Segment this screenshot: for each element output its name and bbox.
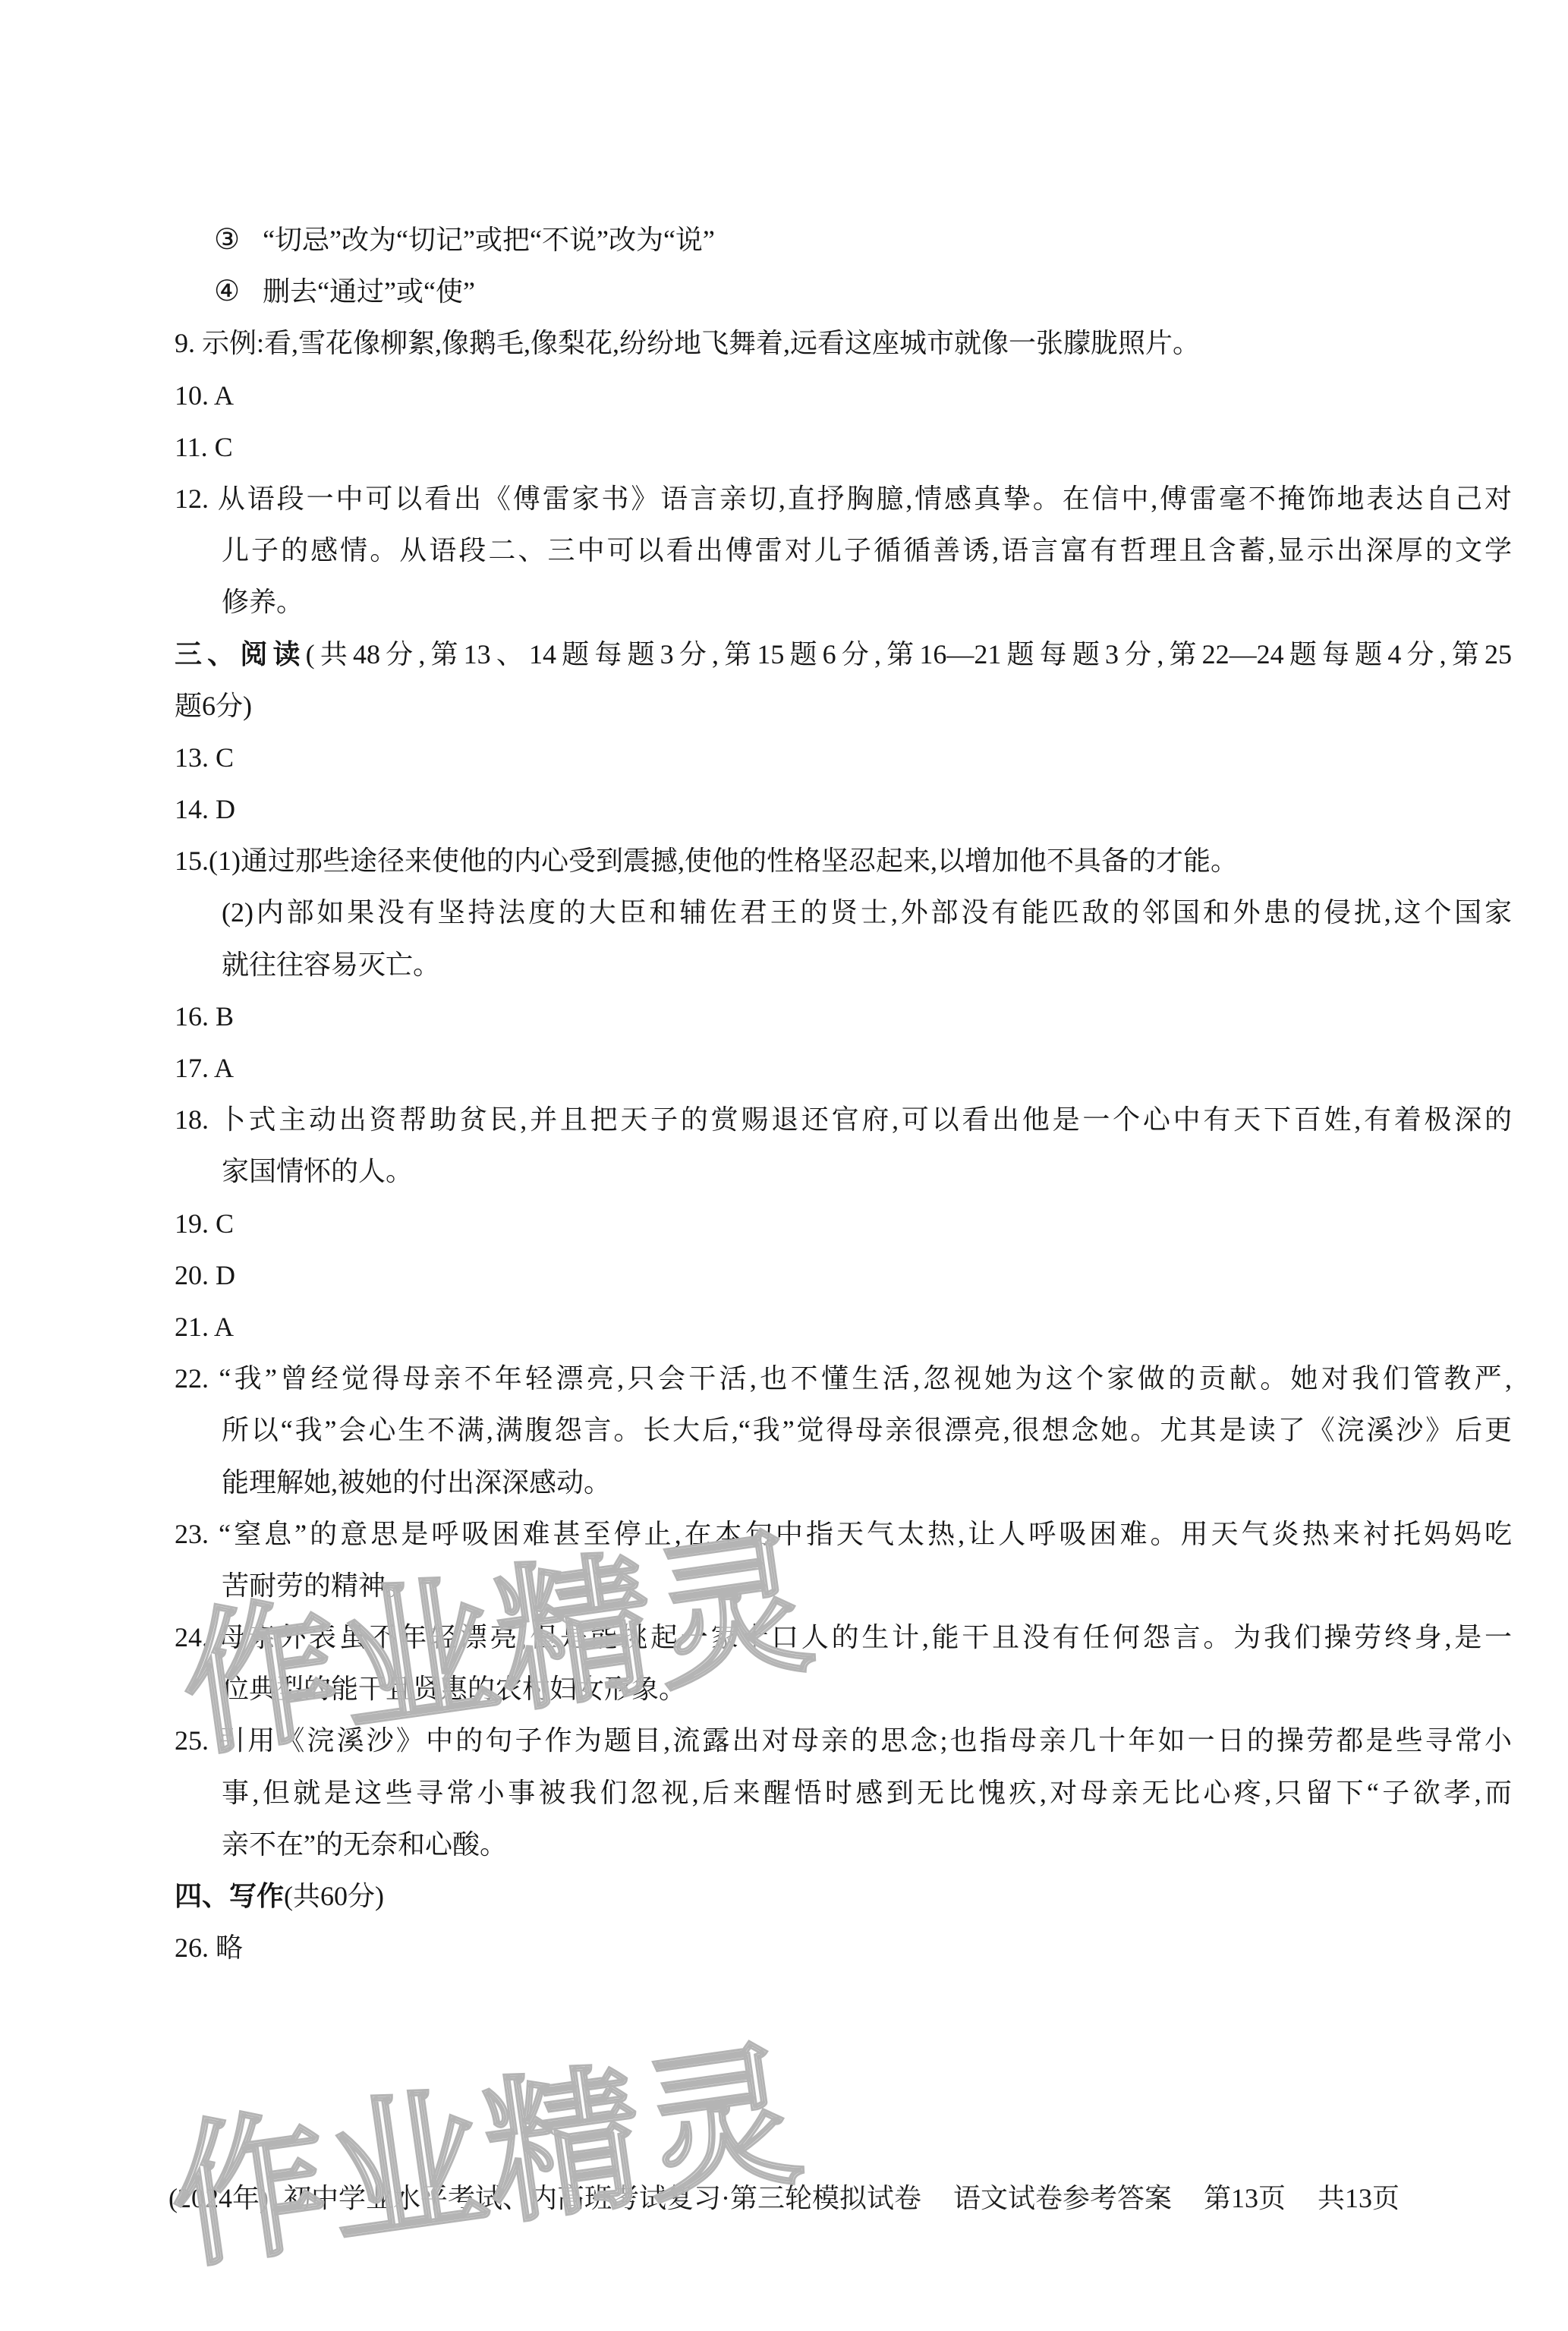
answer-line-15-2: (2)内部如果没有坚持法度的大臣和辅佐君王的贤士,外部没有能匹敌的邻国和外患的侵… xyxy=(175,887,1512,938)
line-text: (2)内部如果没有坚持法度的大臣和辅佐君王的贤士,外部没有能匹敌的邻国和外患的侵… xyxy=(222,897,1512,928)
line-text: 修养。 xyxy=(222,587,304,617)
answer-line-22-1: 22. “我”曾经觉得母亲不年轻漂亮,只会干活,也不懂生活,忽视她为这个家做的贡… xyxy=(175,1353,1512,1404)
answer-line-24-2: 位典型的能干且贤惠的农村妇女形象。 xyxy=(175,1663,1512,1715)
line-text: 19. C xyxy=(175,1208,234,1239)
line-text: 18. 卜式主动出资帮助贫民,并且把天子的赏赐退还官府,可以看出他是一个心中有天… xyxy=(175,1104,1512,1135)
line-text: “切忌”改为“切记”或把“不说”改为“说” xyxy=(263,225,715,255)
answer-line-10: 10. A xyxy=(175,370,1512,421)
line-text: 26. 略 xyxy=(175,1933,243,1963)
answer-line-22-2: 所以“我”会心生不满,满腹怨言。长大后,“我”觉得母亲很漂亮,很想念她。尤其是读… xyxy=(175,1404,1512,1456)
answer-line-18-1: 18. 卜式主动出资帮助贫民,并且把天子的赏赐退还官府,可以看出他是一个心中有天… xyxy=(175,1094,1512,1145)
line-text: (共48分,第13、14题每题3分,第15题6分,第16—21题每题3分,第22… xyxy=(306,639,1512,669)
page-footer: (2024年)初中学业水平考试、内高班考试复习·第三轮模拟试卷语文试卷参考答案第… xyxy=(0,2177,1568,2216)
section-reading-header-2: 题6分) xyxy=(175,680,1512,732)
line-text: 23. “窒息”的意思是呼吸困难甚至停止,在本句中指天气太热,让人呼吸困难。用天… xyxy=(175,1519,1512,1549)
line-text: 亲不在”的无奈和心酸。 xyxy=(222,1829,507,1860)
footer-page-total: 共13页 xyxy=(1318,2183,1400,2213)
answers-content: ③“切忌”改为“切记”或把“不说”改为“说” ④删去“通过”或“使” 9. 示例… xyxy=(175,214,1512,1973)
line-text: 苦耐劳的精神。 xyxy=(222,1570,413,1601)
answer-line-12-2: 儿子的感情。从语段二、三中可以看出傅雷对儿子循循善诱,语言富有哲理且含蓄,显示出… xyxy=(175,524,1512,576)
answer-line-15-3: 就往往容易灭亡。 xyxy=(175,939,1512,991)
line-text: 12. 从语段一中可以看出《傅雷家书》语言亲切,直抒胸臆,情感真挚。在信中,傅雷… xyxy=(175,484,1512,514)
line-text: 14. D xyxy=(175,794,235,824)
answer-line-11: 11. C xyxy=(175,421,1512,473)
line-text: 删去“通过”或“使” xyxy=(263,276,475,307)
section-writing-header: 四、写作(共60分) xyxy=(175,1870,1512,1922)
watermark-text: 作业精灵 xyxy=(155,1989,814,2298)
answer-line-15-1: 15.(1)通过那些途径来使他的内心受到震撼,使他的性格坚忍起来,以增加他不具备… xyxy=(175,835,1512,887)
circled-marker: ③ xyxy=(214,224,240,256)
answer-line-8-3: ③“切忌”改为“切记”或把“不说”改为“说” xyxy=(175,214,1512,266)
section-title: 四、写作 xyxy=(175,1880,284,1911)
footer-page-number: 第13页 xyxy=(1204,2183,1286,2213)
footer-subtitle: 语文试卷参考答案 xyxy=(953,2183,1172,2213)
answer-sheet-page: 作业精灵 作业精灵 ③“切忌”改为“切记”或把“不说”改为“说” ④删去“通过”… xyxy=(0,0,1568,2331)
answer-line-20: 20. D xyxy=(175,1249,1512,1301)
section-title: 三、阅读 xyxy=(175,638,306,669)
answer-line-18-2: 家国情怀的人。 xyxy=(175,1145,1512,1197)
line-text: 22. “我”曾经觉得母亲不年轻漂亮,只会干活,也不懂生活,忽视她为这个家做的贡… xyxy=(175,1363,1512,1394)
answer-line-14: 14. D xyxy=(175,783,1512,835)
footer-title: 初中学业水平考试、内高班考试复习·第三轮模拟试卷 xyxy=(284,2183,921,2213)
line-text: 能理解她,被她的付出深深感动。 xyxy=(222,1467,611,1498)
line-text: 9. 示例:看,雪花像柳絮,像鹅毛,像梨花,纷纷地飞舞着,远看这座城市就像一张朦… xyxy=(175,328,1200,358)
line-text: 13. C xyxy=(175,742,234,773)
answer-line-21: 21. A xyxy=(175,1301,1512,1353)
line-text: 11. C xyxy=(175,432,233,462)
line-text: 25. 引用《浣溪沙》中的句子作为题目,流露出对母亲的思念;也指母亲几十年如一日… xyxy=(175,1725,1512,1756)
answer-line-12-3: 修养。 xyxy=(175,576,1512,628)
line-text: 21. A xyxy=(175,1312,234,1342)
answer-line-13: 13. C xyxy=(175,732,1512,783)
line-text: 位典型的能干且贤惠的农村妇女形象。 xyxy=(222,1674,686,1704)
line-text: 17. A xyxy=(175,1053,234,1083)
answer-line-25-2: 事,但就是这些寻常小事被我们忽视,后来醒悟时感到无比愧疚,对母亲无比心疼,只留下… xyxy=(175,1767,1512,1819)
line-text: 16. B xyxy=(175,1001,234,1032)
answer-line-26: 26. 略 xyxy=(175,1922,1512,1973)
answer-line-8-4: ④删去“通过”或“使” xyxy=(175,266,1512,317)
line-text: 题6分) xyxy=(175,691,252,721)
answer-line-24-1: 24. 母亲外表虽不年轻漂亮,但是能挑起一家十口人的生计,能干且没有任何怨言。为… xyxy=(175,1611,1512,1663)
answer-line-23-2: 苦耐劳的精神。 xyxy=(175,1560,1512,1611)
line-text: 就往往容易灭亡。 xyxy=(222,950,440,980)
answer-line-9: 9. 示例:看,雪花像柳絮,像鹅毛,像梨花,纷纷地飞舞着,远看这座城市就像一张朦… xyxy=(175,317,1512,369)
answer-line-25-1: 25. 引用《浣溪沙》中的句子作为题目,流露出对母亲的思念;也指母亲几十年如一日… xyxy=(175,1715,1512,1766)
line-text: 儿子的感情。从语段二、三中可以看出傅雷对儿子循循善诱,语言富有哲理且含蓄,显示出… xyxy=(222,535,1512,565)
answer-line-12-1: 12. 从语段一中可以看出《傅雷家书》语言亲切,直抒胸臆,情感真挚。在信中,傅雷… xyxy=(175,473,1512,524)
circled-marker: ④ xyxy=(214,276,240,307)
line-text: 事,但就是这些寻常小事被我们忽视,后来醒悟时感到无比愧疚,对母亲无比心疼,只留下… xyxy=(222,1778,1512,1808)
line-text: 20. D xyxy=(175,1260,235,1290)
footer-year: (2024年) xyxy=(168,2183,269,2213)
line-text: 家国情怀的人。 xyxy=(222,1156,413,1186)
section-reading-header: 三、阅读(共48分,第13、14题每题3分,第15题6分,第16—21题每题3分… xyxy=(175,628,1512,680)
line-text: (共60分) xyxy=(284,1881,384,1911)
line-text: 24. 母亲外表虽不年轻漂亮,但是能挑起一家十口人的生计,能干且没有任何怨言。为… xyxy=(175,1622,1512,1652)
answer-line-23-1: 23. “窒息”的意思是呼吸困难甚至停止,在本句中指天气太热,让人呼吸困难。用天… xyxy=(175,1508,1512,1560)
answer-line-22-3: 能理解她,被她的付出深深感动。 xyxy=(175,1457,1512,1508)
line-text: 10. A xyxy=(175,380,234,411)
answer-line-19: 19. C xyxy=(175,1198,1512,1249)
answer-line-25-3: 亲不在”的无奈和心酸。 xyxy=(175,1819,1512,1870)
line-text: 15.(1)通过那些途径来使他的内心受到震撼,使他的性格坚忍起来,以增加他不具备… xyxy=(175,846,1238,876)
line-text: 所以“我”会心生不满,满腹怨言。长大后,“我”觉得母亲很漂亮,很想念她。尤其是读… xyxy=(222,1415,1512,1445)
answer-line-17: 17. A xyxy=(175,1042,1512,1094)
answer-line-16: 16. B xyxy=(175,991,1512,1042)
